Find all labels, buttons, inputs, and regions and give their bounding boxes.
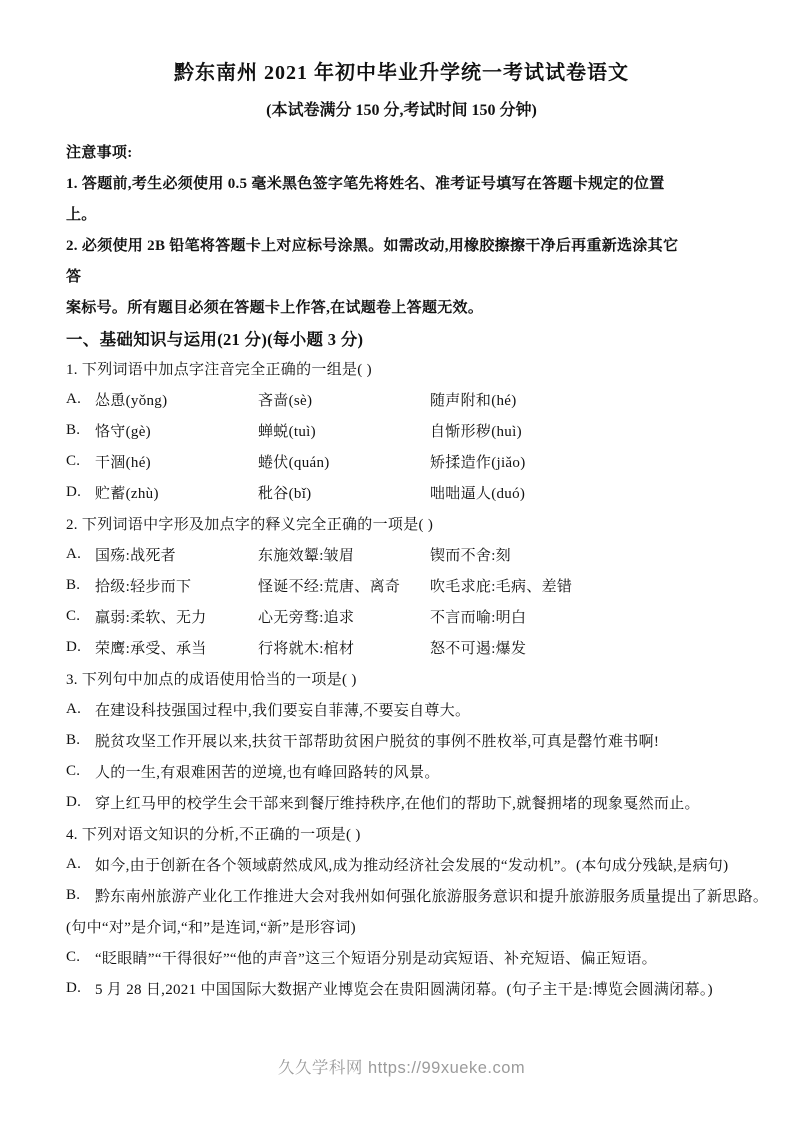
option-phrase: 怂恿(yǒng) bbox=[95, 389, 258, 410]
option-letter: C. bbox=[66, 453, 95, 470]
option-phrase: 吝啬(sè) bbox=[258, 389, 430, 410]
option-text: 黔东南州旅游产业化工作推进大会对我州如何强化旅游服务意识和提升旅游服务质量提出了… bbox=[95, 885, 768, 906]
option-text: 穿上红马甲的校学生会干部来到餐厅维持秩序,在他们的帮助下,就餐拥堵的现象戛然而止… bbox=[95, 792, 700, 813]
option-phrase: 干涸(hé) bbox=[95, 451, 258, 472]
question-3-option-row: D. 穿上红马甲的校学生会干部来到餐厅维持秩序,在他们的帮助下,就餐拥堵的现象戛… bbox=[66, 787, 737, 818]
option-phrase: 东施效颦:皱眉 bbox=[258, 544, 430, 565]
option-text: 在建设科技强国过程中,我们要妄自菲薄,不要妄自尊大。 bbox=[95, 699, 470, 720]
question-2-option-row: A. 国殇:战死者 东施效颦:皱眉 锲而不舍:刻 bbox=[66, 539, 737, 570]
option-letter: C. bbox=[66, 763, 95, 780]
option-phrase: 国殇:战死者 bbox=[95, 544, 258, 565]
option-text: 人的一生,有艰难困苦的逆境,也有峰回路转的风景。 bbox=[95, 761, 440, 782]
option-phrase: 心无旁骛:追求 bbox=[258, 606, 430, 627]
question-4-option-row: A. 如今,由于创新在各个领域蔚然成风,成为推动经济社会发展的“发动机”。(本句… bbox=[66, 849, 737, 880]
question-4-stem: 4. 下列对语文知识的分析,不正确的一项是( ) bbox=[66, 818, 737, 849]
option-text: 5 月 28 日,2021 中国国际大数据产业博览会在贵阳圆满闭幕。(句子主干是… bbox=[95, 978, 713, 999]
option-phrase: 咄咄逼人(duó) bbox=[430, 482, 737, 503]
question-4-option-note: (句中“对”是介词,“和”是连词,“新”是形容词) bbox=[66, 911, 737, 942]
option-phrase: 贮蓄(zhù) bbox=[95, 482, 258, 503]
option-phrase: 自惭形秽(huì) bbox=[430, 420, 737, 441]
question-3-option-row: B. 脱贫攻坚工作开展以来,扶贫干部帮助贫困户脱贫的事例不胜枚举,可真是罄竹难书… bbox=[66, 725, 737, 756]
question-4-option-row: B. 黔东南州旅游产业化工作推进大会对我州如何强化旅游服务意识和提升旅游服务质量… bbox=[66, 880, 737, 911]
footer-watermark: 久久学科网 https://99xueke.com bbox=[66, 1056, 737, 1080]
option-phrase: 秕谷(bǐ) bbox=[258, 482, 430, 503]
option-letter: B. bbox=[66, 887, 95, 904]
option-phrase: 拾级:轻步而下 bbox=[95, 575, 258, 596]
notice-line: 1. 答题前,考生必须使用 0.5 毫米黑色签字笔先将姓名、准考证号填写在答题卡… bbox=[66, 167, 737, 198]
exam-page: 黔东南州 2021 年初中毕业升学统一考试试卷语文 (本试卷满分 150 分,考… bbox=[0, 0, 793, 1122]
question-1-option-row: B. 恪守(gè) 蝉蜕(tuì) 自惭形秽(huì) bbox=[66, 415, 737, 446]
option-letter: A. bbox=[66, 701, 95, 718]
option-text: 脱贫攻坚工作开展以来,扶贫干部帮助贫困户脱贫的事例不胜枚举,可真是罄竹难书啊! bbox=[95, 730, 659, 751]
question-2-option-row: D. 荣鹰:承受、承当 行将就木:棺材 怒不可遏:爆发 bbox=[66, 632, 737, 663]
option-letter: D. bbox=[66, 794, 95, 811]
question-3-option-row: C. 人的一生,有艰难困苦的逆境,也有峰回路转的风景。 bbox=[66, 756, 737, 787]
option-letter: A. bbox=[66, 856, 95, 873]
notice-line: 上。 bbox=[66, 198, 737, 229]
option-letter: B. bbox=[66, 422, 95, 439]
notice-line: 答 bbox=[66, 260, 737, 291]
document-body: 注意事项: 1. 答题前,考生必须使用 0.5 毫米黑色签字笔先将姓名、准考证号… bbox=[66, 136, 737, 1004]
option-letter: D. bbox=[66, 980, 95, 997]
question-2-option-row: C. 羸弱:柔软、无力 心无旁骛:追求 不言而喻:明白 bbox=[66, 601, 737, 632]
option-letter: D. bbox=[66, 639, 95, 656]
notice-line: 案标号。所有题目必须在答题卡上作答,在试题卷上答题无效。 bbox=[66, 291, 737, 322]
option-phrase: 怪诞不经:荒唐、离奇 bbox=[258, 575, 430, 596]
option-letter: D. bbox=[66, 484, 95, 501]
option-phrase: 随声附和(hé) bbox=[430, 389, 737, 410]
option-letter: A. bbox=[66, 391, 95, 408]
option-phrase: 蜷伏(quán) bbox=[258, 451, 430, 472]
option-letter: B. bbox=[66, 577, 95, 594]
question-1-stem: 1. 下列词语中加点字注音完全正确的一组是( ) bbox=[66, 353, 737, 384]
question-4-option-row: C. “眨眼睛”“干得很好”“他的声音”这三个短语分别是动宾短语、补充短语、偏正… bbox=[66, 942, 737, 973]
option-letter: C. bbox=[66, 608, 95, 625]
option-phrase: 荣鹰:承受、承当 bbox=[95, 637, 258, 658]
option-text: 如今,由于创新在各个领域蔚然成风,成为推动经济社会发展的“发动机”。(本句成分残… bbox=[95, 854, 728, 875]
doc-subtitle: (本试卷满分 150 分,考试时间 150 分钟) bbox=[66, 100, 737, 122]
option-text: “眨眼睛”“干得很好”“他的声音”这三个短语分别是动宾短语、补充短语、偏正短语。 bbox=[95, 947, 657, 968]
question-4-option-row: D. 5 月 28 日,2021 中国国际大数据产业博览会在贵阳圆满闭幕。(句子… bbox=[66, 973, 737, 1004]
section-heading: 一、基础知识与运用(21 分)(每小题 3 分) bbox=[66, 322, 737, 353]
option-phrase: 羸弱:柔软、无力 bbox=[95, 606, 258, 627]
question-1-option-row: C. 干涸(hé) 蜷伏(quán) 矫揉造作(jiǎo) bbox=[66, 446, 737, 477]
option-phrase: 锲而不舍:刻 bbox=[430, 544, 737, 565]
option-phrase: 恪守(gè) bbox=[95, 420, 258, 441]
question-1-option-row: A. 怂恿(yǒng) 吝啬(sè) 随声附和(hé) bbox=[66, 384, 737, 415]
option-letter: A. bbox=[66, 546, 95, 563]
question-3-stem: 3. 下列句中加点的成语使用恰当的一项是( ) bbox=[66, 663, 737, 694]
question-2-option-row: B. 拾级:轻步而下 怪诞不经:荒唐、离奇 吹毛求庇:毛病、差错 bbox=[66, 570, 737, 601]
option-letter: C. bbox=[66, 949, 95, 966]
option-phrase: 不言而喻:明白 bbox=[430, 606, 737, 627]
doc-title: 黔东南州 2021 年初中毕业升学统一考试试卷语文 bbox=[66, 58, 737, 88]
option-phrase: 怒不可遏:爆发 bbox=[430, 637, 737, 658]
option-phrase: 蝉蜕(tuì) bbox=[258, 420, 430, 441]
option-phrase: 矫揉造作(jiǎo) bbox=[430, 451, 737, 472]
option-phrase: 吹毛求庇:毛病、差错 bbox=[430, 575, 737, 596]
notice-line: 2. 必须使用 2B 铅笔将答题卡上对应标号涂黑。如需改动,用橡胶擦擦干净后再重… bbox=[66, 229, 737, 260]
question-1-option-row: D. 贮蓄(zhù) 秕谷(bǐ) 咄咄逼人(duó) bbox=[66, 477, 737, 508]
option-phrase: 行将就木:棺材 bbox=[258, 637, 430, 658]
question-2-stem: 2. 下列词语中字形及加点字的释义完全正确的一项是( ) bbox=[66, 508, 737, 539]
notice-heading: 注意事项: bbox=[66, 136, 737, 167]
option-letter: B. bbox=[66, 732, 95, 749]
question-3-option-row: A. 在建设科技强国过程中,我们要妄自菲薄,不要妄自尊大。 bbox=[66, 694, 737, 725]
